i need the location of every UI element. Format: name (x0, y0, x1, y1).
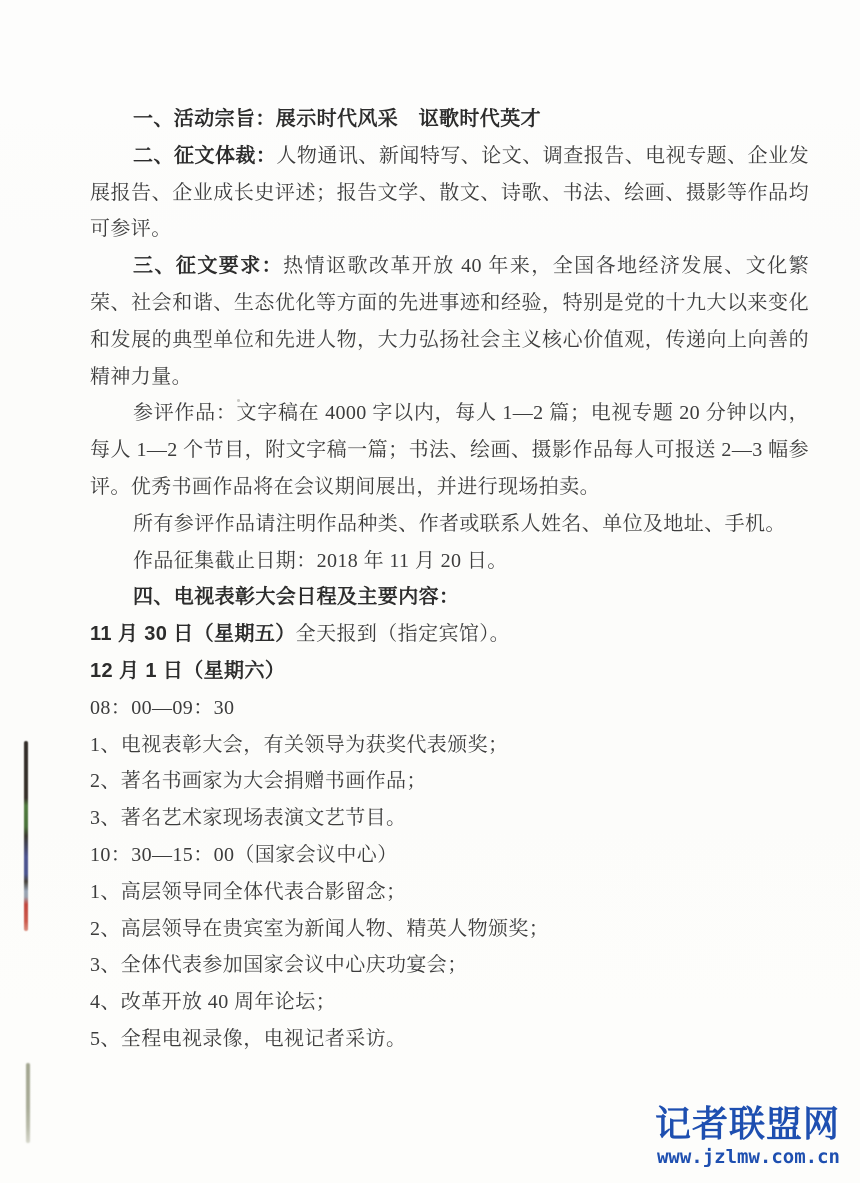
scan-speck (237, 399, 240, 402)
paragraph: 作品征集截止日期：2018 年 11 月 20 日。 (90, 543, 809, 580)
paragraph: 三、征文要求：热情讴歌改革开放 40 年来，全国各地经济发展、文化繁荣、社会和谐… (90, 248, 809, 395)
text-segment: 2、高层领导在贵宾室为新闻人物、精英人物颁奖； (90, 918, 549, 940)
text-segment: 3、著名艺术家现场表演文艺节目。 (90, 807, 406, 829)
paragraph: 12 月 1 日（星期六） (90, 653, 809, 690)
text-segment: 5、全程电视录像，电视记者采访。 (90, 1028, 406, 1050)
text-segment: 1、电视表彰大会，有关领导为获奖代表颁奖； (90, 734, 508, 756)
paragraph: 2、著名书画家为大会捐赠书画作品； (90, 763, 809, 800)
text-segment: 3、全体代表参加国家会议中心庆功宴会； (90, 954, 468, 976)
paragraph: 4、改革开放 40 周年论坛； (90, 984, 809, 1021)
bold-text-segment: 11 月 30 日（星期五） (90, 623, 296, 645)
text-segment: 4、改革开放 40 周年论坛； (90, 991, 336, 1013)
paragraph: 所有参评作品请注明作品种类、作者或联系人姓名、单位及地址、手机。 (90, 506, 809, 543)
text-segment: 作品征集截止日期：2018 年 11 月 20 日。 (133, 550, 508, 572)
text-segment: 全天报到（指定宾馆）。 (296, 623, 510, 645)
bold-text-segment: 一、活动宗旨：展示时代风采 讴歌时代英才 (133, 108, 541, 130)
paragraph: 10：30—15：00（国家会议中心） (90, 837, 809, 874)
paragraph: 08：00—09：30 (90, 690, 809, 727)
scanned-document-page: 一、活动宗旨：展示时代风采 讴歌时代英才二、征文体裁：人物通讯、新闻特写、论文、… (0, 0, 860, 1183)
paragraph: 3、全体代表参加国家会议中心庆功宴会； (90, 947, 809, 984)
paragraph: 四、电视表彰大会日程及主要内容： (90, 579, 809, 616)
text-segment: 10：30—15：00（国家会议中心） (90, 844, 398, 866)
paragraph: 参评作品：文字稿在 4000 字以内，每人 1—2 篇；电视专题 20 分钟以内… (90, 395, 809, 505)
paragraph: 一、活动宗旨：展示时代风采 讴歌时代英才 (90, 101, 809, 138)
bold-text-segment: 三、征文要求： (133, 255, 283, 277)
text-segment: 参评作品：文字稿在 4000 字以内，每人 1—2 篇；电视专题 20 分钟以内… (90, 402, 809, 498)
paragraph: 1、电视表彰大会，有关领导为获奖代表颁奖； (90, 727, 809, 764)
text-segment: 08：00—09：30 (90, 697, 234, 719)
paragraph: 3、著名艺术家现场表演文艺节目。 (90, 800, 809, 837)
paragraph: 2、高层领导在贵宾室为新闻人物、精英人物颁奖； (90, 911, 809, 948)
text-segment: 2、著名书画家为大会捐赠书画作品； (90, 770, 427, 792)
scan-color-strip (24, 741, 28, 931)
watermark-site-url: www.jzlmw.com.cn (655, 1148, 840, 1167)
scan-faint-strip (26, 1063, 30, 1143)
paragraph: 二、征文体裁：人物通讯、新闻特写、论文、调查报告、电视专题、企业发展报告、企业成… (90, 138, 809, 248)
watermark: 记者联盟网 www.jzlmw.com.cn (655, 1106, 840, 1167)
paragraph: 5、全程电视录像，电视记者采访。 (90, 1021, 809, 1058)
paragraph: 11 月 30 日（星期五）全天报到（指定宾馆）。 (90, 616, 809, 653)
bold-text-segment: 四、电视表彰大会日程及主要内容： (133, 586, 459, 608)
bold-text-segment: 12 月 1 日（星期六） (90, 660, 285, 682)
text-segment: 所有参评作品请注明作品种类、作者或联系人姓名、单位及地址、手机。 (133, 513, 786, 535)
bold-text-segment: 二、征文体裁： (133, 145, 276, 167)
document-body: 一、活动宗旨：展示时代风采 讴歌时代英才二、征文体裁：人物通讯、新闻特写、论文、… (90, 101, 809, 1058)
text-segment: 1、高层领导同全体代表合影留念； (90, 881, 406, 903)
paragraph: 1、高层领导同全体代表合影留念； (90, 874, 809, 911)
watermark-site-name: 记者联盟网 (655, 1106, 840, 1142)
